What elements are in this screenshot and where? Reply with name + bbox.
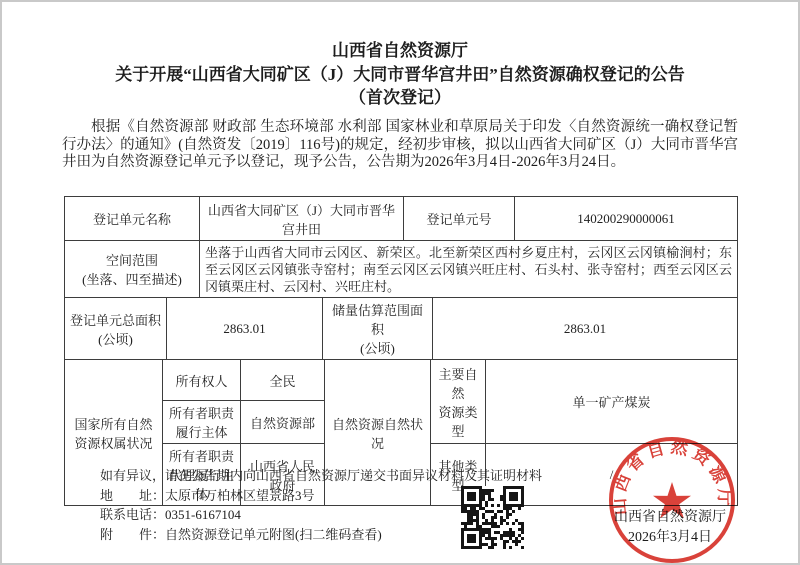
page: { "header": { "agency": "山西省自然资源厅", "tit… bbox=[0, 0, 800, 565]
document-title: 关于开展“山西省大同矿区（J）大同市晋华宫井田”自然资源确权登记的公告 bbox=[0, 64, 800, 86]
official-seal: 山西省自然资源厅 bbox=[602, 430, 742, 565]
table-row-scope: 空间范围 (坐落、四至描述) 坐落于山西省大同市云冈区、新荣区。北至新荣区西村乡… bbox=[64, 240, 738, 298]
owner-value: 全民 bbox=[241, 360, 325, 401]
table-row-area: 登记单元总面积 (公顷) 2863.01 储量估算范围面积 (公顷) 2863.… bbox=[64, 297, 738, 360]
total-area-value: 2863.01 bbox=[167, 298, 323, 360]
seal-star-icon bbox=[653, 482, 691, 518]
reserve-area-value: 2863.01 bbox=[433, 298, 738, 360]
reserve-area-label: 储量估算范围面积 (公顷) bbox=[323, 298, 433, 360]
total-area-label: 登记单元总面积 (公顷) bbox=[65, 298, 167, 360]
table-row-unit: 登记单元名称 山西省大同矿区（J）大同市晋华宫井田 登记单元号 14020029… bbox=[64, 196, 738, 241]
unit-name-value: 山西省大同矿区（J）大同市晋华宫井田 bbox=[200, 197, 404, 241]
unit-no-value: 140200290000061 bbox=[515, 197, 738, 241]
document-header: 山西省自然资源厅 关于开展“山西省大同矿区（J）大同市晋华宫井田”自然资源确权登… bbox=[0, 40, 800, 109]
duty-performer-value: 自然资源部 bbox=[241, 401, 325, 444]
agency-name: 山西省自然资源厅 bbox=[0, 40, 800, 62]
unit-name-label: 登记单元名称 bbox=[65, 197, 200, 241]
objection-notice: 如有异议，请在公告期内向山西省自然资源厅递交书面异议材料及其证明材料 bbox=[100, 466, 542, 486]
document-subtitle: （首次登记） bbox=[0, 87, 800, 109]
main-type-label: 主要自然 资源类型 bbox=[431, 360, 486, 444]
unit-no-label: 登记单元号 bbox=[404, 197, 515, 241]
duty-performer-label: 所有者职责 履行主体 bbox=[163, 401, 241, 444]
scope-label: 空间范围 (坐落、四至描述) bbox=[65, 241, 200, 298]
intro-paragraph: 根据《自然资源部 财政部 生态环境部 水利部 国家林业和草原局关于印发〈自然资源… bbox=[62, 119, 738, 172]
qr-code bbox=[461, 486, 524, 549]
scope-text: 坐落于山西省大同市云冈区、新荣区。北至新荣区西村乡夏庄村，云冈区云冈镇榆涧村；东… bbox=[200, 241, 738, 298]
owner-label: 所有权人 bbox=[163, 360, 241, 401]
